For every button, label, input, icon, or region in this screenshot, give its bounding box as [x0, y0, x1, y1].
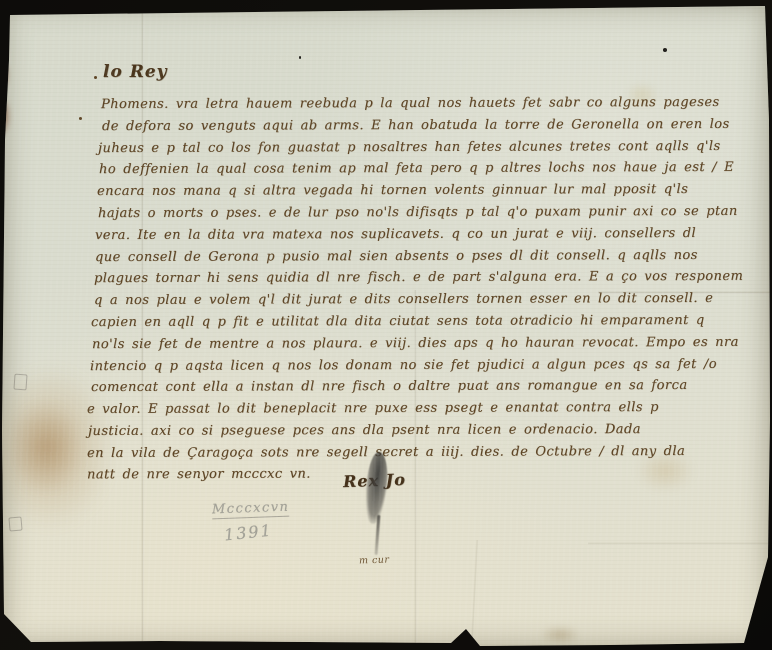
manuscript-line: vera. Ite en la dita vra matexa nos supl…	[95, 227, 696, 243]
manuscript-line: intencio q p aqsta licen q nos los donam…	[90, 357, 717, 373]
stain-left-edge-lower	[0, 96, 11, 136]
manuscript-line: encara nos mana q si altra vegada hi tor…	[97, 183, 688, 199]
manuscript-line: juheus e p tal co los fon guastat p nosa…	[98, 140, 721, 156]
chancery-note: m cur	[359, 554, 390, 566]
manuscript-photo: lo Rey Phomens. vra letra hauem reebuda …	[0, 0, 772, 650]
pencil-square-upper	[13, 374, 27, 391]
manuscript-line: q a nos plau e volem q'l dit jurat e dit…	[94, 292, 713, 308]
manuscript-line: justicia. axi co si pseguese pces ans dl…	[88, 423, 641, 439]
manuscript-line: en la vila de Çaragoça sots nre segell s…	[87, 445, 685, 461]
manuscript-line: que consell de Gerona p pusio mal sien a…	[95, 249, 698, 265]
vertical-fold-lower-right	[470, 540, 479, 646]
margin-dot-header	[94, 76, 97, 79]
ink-speck-top-center	[299, 56, 301, 59]
manuscript-line: de defora so venguts aqui ab arms. E han…	[102, 118, 730, 134]
manuscript-line: hajats o morts o pses. e de lur pso no'l…	[98, 205, 738, 221]
parchment-sheet: lo Rey Phomens. vra letra hauem reebuda …	[0, 0, 772, 650]
ink-blot	[362, 451, 390, 525]
manuscript-line: plagues tornar hi sens quidia dl nre fis…	[94, 270, 743, 286]
manuscript-line: Phomens. vra letra hauem reebuda p la qu…	[101, 96, 720, 112]
pencil-square-lower	[8, 516, 22, 531]
stain-left-edge-top	[0, 58, 10, 92]
manuscript-line: no'ls sie fet de mentre a nos plaura. e …	[92, 336, 739, 352]
manuscript-line: e valor. E passat lo dit beneplacit nre …	[87, 401, 659, 417]
letter-salutation: lo Rey	[103, 62, 168, 82]
horizontal-fold-right-lower	[588, 542, 772, 545]
ink-speck-top-right	[663, 48, 667, 52]
margin-dot-line1	[79, 117, 82, 120]
stain-bottom-left-core	[5, 400, 85, 495]
manuscript-line: natt de nre senyor mcccxc vn.	[87, 467, 311, 482]
pencil-roman-date: Mcccxcvn	[212, 500, 290, 520]
pencil-year-1391: 1391	[223, 521, 273, 545]
manuscript-line: ho deffenien la qual cosa tenim ap mal f…	[99, 161, 734, 177]
stain-bottom-edge	[540, 625, 580, 645]
manuscript-line: comencat cont ella a instan dl nre fisch…	[91, 379, 688, 395]
manuscript-line: capien en aqll q p fit e utilitat dla di…	[91, 314, 705, 330]
